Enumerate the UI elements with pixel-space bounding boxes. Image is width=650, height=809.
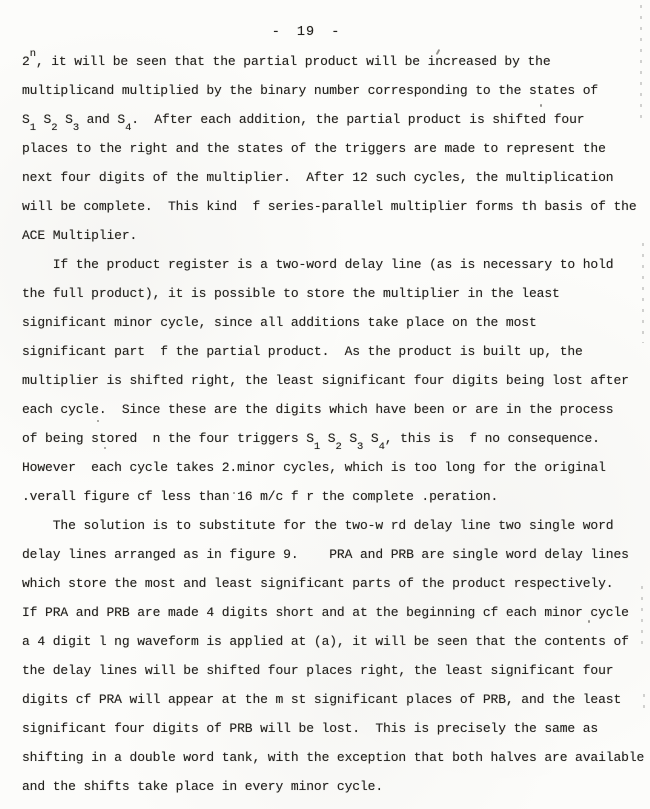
text-line: and the shifts take place in every minor… <box>22 772 644 801</box>
text-line: digits cf PRA will appear at the m st si… <box>22 685 644 714</box>
text-line: significant minor cycle, since all addit… <box>22 308 644 337</box>
text-line: significant four digits of PRB will be l… <box>22 714 644 743</box>
text-line: However each cycle takes 2.minor cycles,… <box>22 453 644 482</box>
text-line: significant part f the partial product. … <box>22 337 644 366</box>
text-line: next four digits of the multiplier. Afte… <box>22 163 644 192</box>
text-line: If the product register is a two-word de… <box>22 250 644 279</box>
text-line: will be complete. This kind f series-par… <box>22 192 644 221</box>
document-page: - 19 - 2n, it will be seen that the part… <box>0 0 650 809</box>
text-line: the full product), it is possible to sto… <box>22 279 644 308</box>
text-line: places to the right and the states of th… <box>22 134 644 163</box>
text-line: the delay lines will be shifted four pla… <box>22 656 644 685</box>
text-line: delay lines arranged as in figure 9. PRA… <box>22 540 644 569</box>
page-number: - 19 - <box>0 25 612 40</box>
text-line: each cycle. Since these are the digits w… <box>22 395 644 424</box>
page-body: 2n, it will be seen that the partial pro… <box>22 47 644 801</box>
text-line: If PRA and PRB are made 4 digits short a… <box>22 598 644 627</box>
text-line: ACE Multiplier. <box>22 221 644 250</box>
text-line: a 4 digit l ng waveform is applied at (a… <box>22 627 644 656</box>
text-line: The solution is to substitute for the tw… <box>22 511 644 540</box>
text-line: of being stored n the four triggers S1 S… <box>22 424 644 453</box>
text-line: multiplier is shifted right, the least s… <box>22 366 644 395</box>
text-line: S1 S2 S3 and S4. After each addition, th… <box>22 105 644 134</box>
text-line: 2n, it will be seen that the partial pro… <box>22 47 644 76</box>
text-line: shifting in a double word tank, with the… <box>22 743 644 772</box>
text-line: .verall figure cf less than 16 m/c f r t… <box>22 482 644 511</box>
text-line: multiplicand multiplied by the binary nu… <box>22 76 644 105</box>
text-line: which store the most and least significa… <box>22 569 644 598</box>
